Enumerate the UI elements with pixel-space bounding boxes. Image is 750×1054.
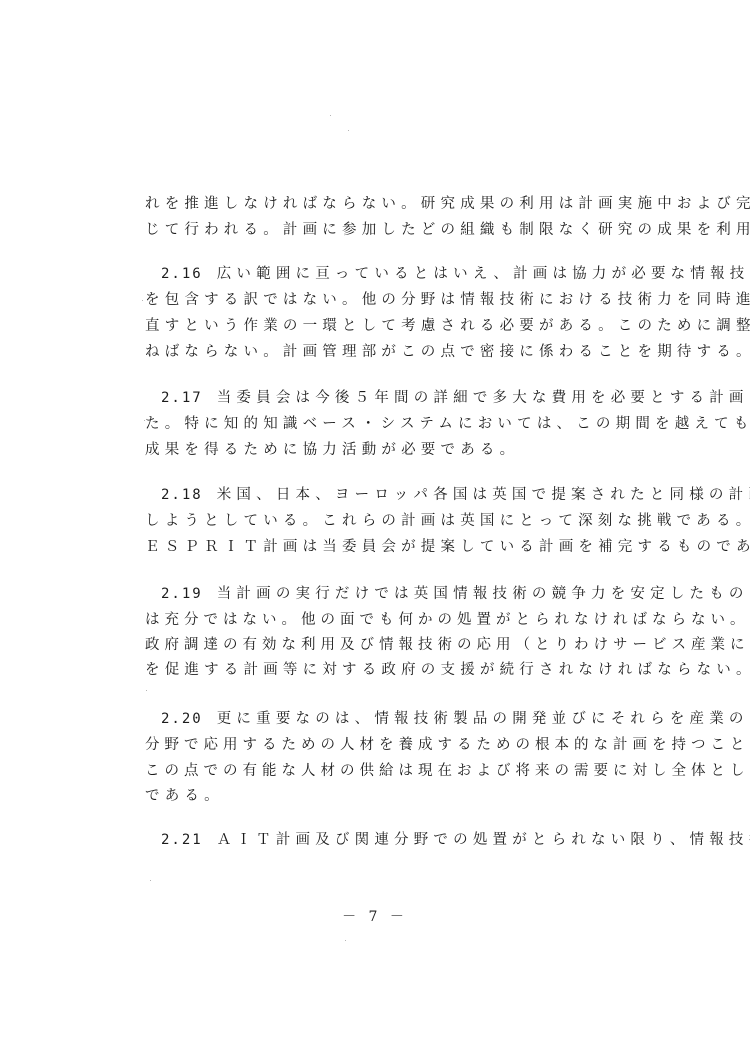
text-line: た。特に知的知識ベース・システムにおいては、この期間を越えても最大限の: [145, 415, 685, 433]
paragraph-2-18-first-line: 2.18米国、日本、ヨーロッパ各国は英国で提案されたと同様の計画を開始: [145, 486, 685, 504]
text-line: じて行われる。計画に参加したどの組織も制限なく研究の成果を利用できる。: [145, 221, 685, 239]
text-line: 直すという作業の一環として考慮される必要がある。このために調整がなされ: [145, 317, 685, 335]
text-line: を包含する訳ではない。他の分野は情報技術における技術力を同時進行的に見: [145, 291, 685, 309]
text-line: 当計画の実行だけでは英国情報技術の競争力を安定したものにするに: [217, 586, 750, 602]
text-line: 分野で応用するための人材を養成するための根本的な計画を持つことである。: [145, 736, 685, 754]
paragraph-number: 2.17: [161, 390, 203, 406]
scan-speck: [330, 115, 331, 116]
paragraph-number: 2.18: [161, 487, 203, 503]
text-line: 当委員会は今後５年間の詳細で多大な費用を必要とする計画を立案し: [217, 390, 750, 406]
scan-speck: [345, 940, 346, 941]
paragraph-number: 2.19: [161, 586, 203, 602]
text-line: ねばならない。計画管理部がこの点で密接に係わることを期待する。: [145, 343, 685, 361]
scan-speck: [146, 690, 147, 691]
scan-speck: [348, 130, 349, 131]
paragraph-number: 2.20: [161, 711, 203, 727]
text-line: れを推進しなければならない。研究成果の利用は計画実施中および完了後を通: [145, 195, 685, 213]
text-line: 成果を得るために協力活動が必要である。: [145, 441, 685, 459]
text-line: である。: [145, 787, 685, 805]
text-line: を促進する計画等に対する政府の支援が続行されなければならない。: [145, 661, 685, 679]
paragraph-2-16-first-line: 2.16広い範囲に亘っているとはいえ、計画は協力が必要な情報技術すべて: [145, 265, 685, 283]
text-line: は充分ではない。他の面でも何かの処置がとられなければならない。製品開発、: [145, 611, 685, 629]
text-line: この点での有能な人材の供給は現在および将来の需要に対し全体として不十分: [145, 762, 685, 780]
document-page: れを推進しなければならない。研究成果の利用は計画実施中および完了後を通 じて行わ…: [0, 0, 750, 1054]
text-line: 政府調達の有効な利用及び情報技術の応用（とりわけサービス産業において）: [145, 636, 685, 654]
paragraph-number: 2.16: [161, 266, 203, 282]
paragraph-number: 2.21: [161, 832, 203, 848]
text-line: 広い範囲に亘っているとはいえ、計画は協力が必要な情報技術すべて: [217, 266, 750, 282]
text-line: しようとしている。これらの計画は英国にとって深刻な挑戦である。ＥＥＣの: [145, 512, 685, 530]
paragraph-2-21-first-line: 2.21ＡＩＴ計画及び関連分野での処置がとられない限り、情報技術に於け: [145, 831, 685, 849]
text-line: 米国、日本、ヨーロッパ各国は英国で提案されたと同様の計画を開始: [217, 487, 750, 503]
paragraph-2-20-first-line: 2.20更に重要なのは、情報技術製品の開発並びにそれらを産業のあるゆる: [145, 710, 685, 728]
scan-speck: [142, 300, 143, 301]
text-line: ＡＩＴ計画及び関連分野での処置がとられない限り、情報技術に於け: [217, 832, 750, 848]
scan-speck: [144, 420, 145, 421]
scan-speck: [690, 268, 691, 269]
paragraph-2-19-first-line: 2.19当計画の実行だけでは英国情報技術の競争力を安定したものにするに: [145, 585, 685, 603]
scan-speck: [150, 880, 151, 881]
paragraph-2-17-first-line: 2.17当委員会は今後５年間の詳細で多大な費用を必要とする計画を立案し: [145, 389, 685, 407]
text-line: ＥＳＰＲＩＴ計画は当委員会が提案している計画を補完するものである。: [145, 538, 685, 556]
page-number: － 7 －: [0, 906, 750, 926]
text-line: 更に重要なのは、情報技術製品の開発並びにそれらを産業のあるゆる: [217, 711, 750, 727]
